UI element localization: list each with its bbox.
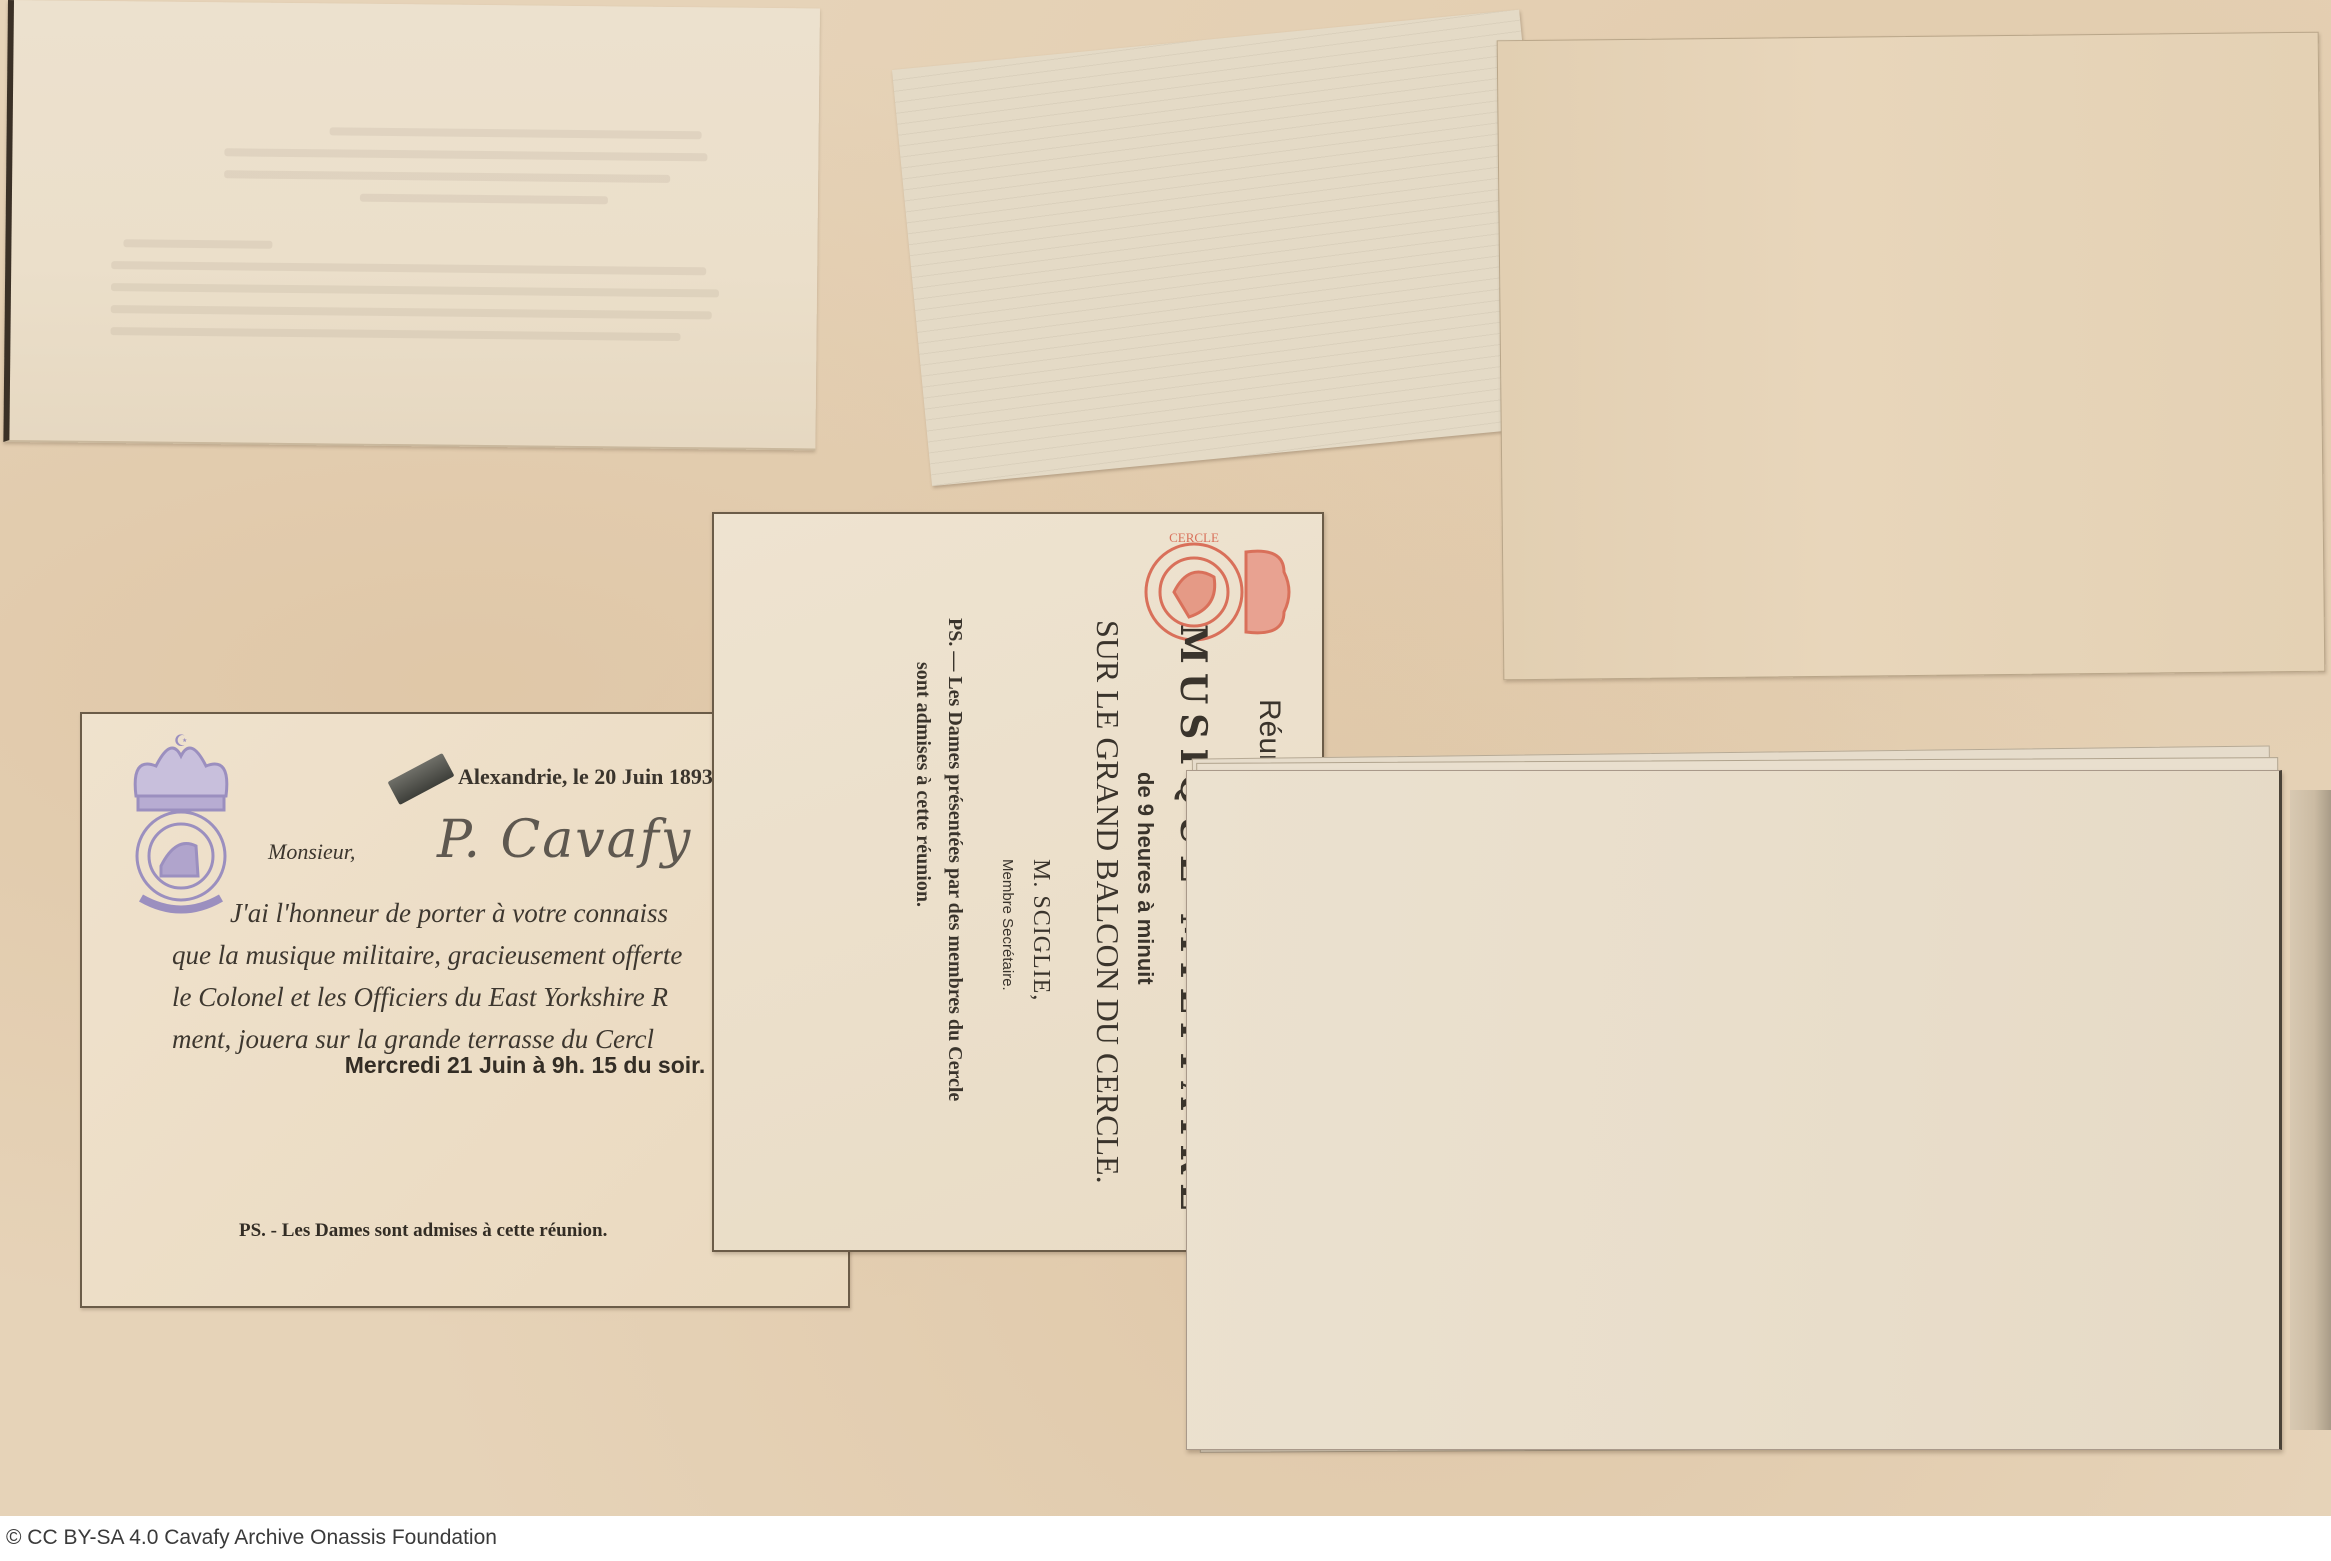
event-hours: de 9 heures à minuit [1132,772,1158,985]
signature-name: M. SCIGLIE, [1027,859,1054,1001]
torn-paper-edge [2290,790,2331,1430]
postscript: PS. - Les Dames sont admises à cette réu… [239,1220,607,1242]
license-credit: © CC BY-SA 4.0 Cavafy Archive Onassis Fo… [6,1526,497,1550]
svg-text:☪: ☪ [174,733,188,750]
metal-pin-icon [388,753,455,805]
footer: © CC BY-SA 4.0 Cavafy Archive Onassis Fo… [0,1516,2331,1561]
event-location: SUR LE GRAND BALCON DU CERCLE. [1089,620,1126,1184]
salutation: Monsieur, [268,839,355,865]
folded-document-stack [1186,770,2282,1450]
date-line: Alexandrie, le 20 Juin 1893 [458,764,713,790]
lined-paper-sheet [892,10,1559,486]
postscript-line-2: sont admises à cette réunion. [911,662,934,907]
archive-scan-board: ☪ Alexandrie, le 20 Juin 1893 Monsieur, … [0,0,2331,1516]
faded-printed-sheet [3,0,820,450]
faded-text-block [110,111,732,355]
blank-paper-sheet [1497,32,2326,681]
signature-role: Membre Secrétaire. [999,859,1016,991]
handwritten-recipient-name: P. Cavafy [437,810,692,870]
postscript-line-1: PS. — Les Dames présentées par des membr… [943,618,966,1101]
